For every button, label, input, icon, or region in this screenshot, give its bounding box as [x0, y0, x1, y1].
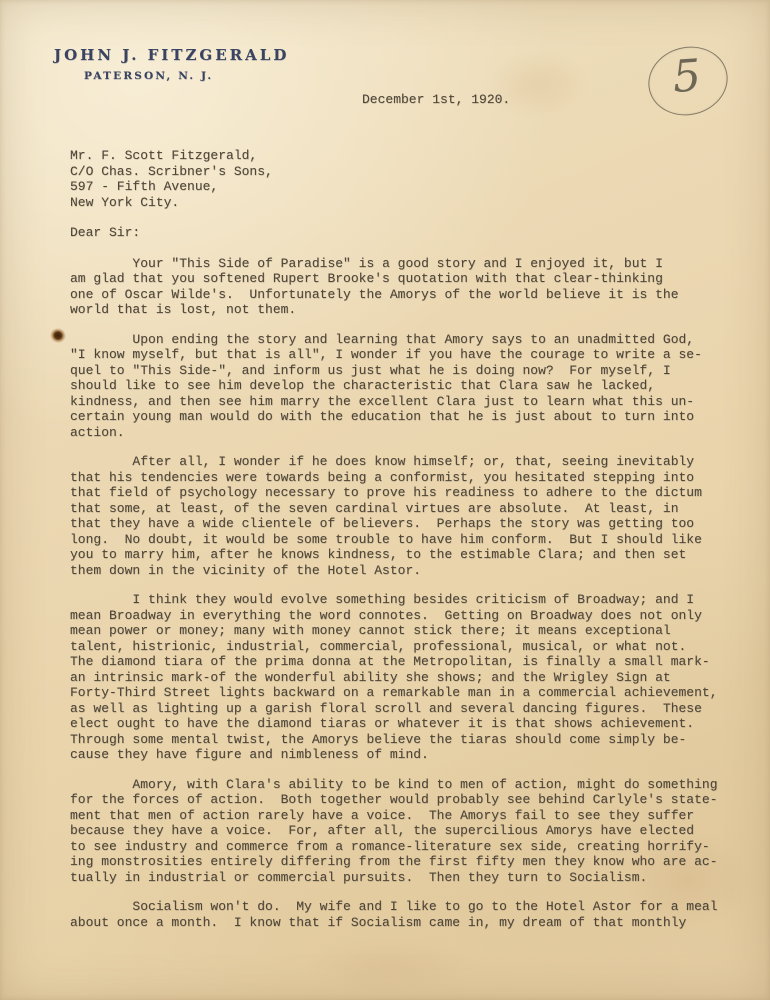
paper-stain: [468, 40, 608, 130]
letterhead: JOHN J. FITZGERALD PATERSON, N. J.: [54, 46, 289, 82]
page-number-pencil-circle: 5: [641, 38, 735, 123]
body-paragraph-1: Your "This Side of Paradise" is a good s…: [70, 256, 754, 318]
letter-page: JOHN J. FITZGERALD PATERSON, N. J. 5 Dec…: [0, 0, 770, 1000]
letter-body: Mr. F. Scott Fitzgerald, C/O Chas. Scrib…: [70, 148, 754, 944]
body-paragraph-2: Upon ending the story and learning that …: [70, 332, 754, 441]
letterhead-city: PATERSON, N. J.: [84, 70, 289, 82]
body-paragraph-6: Socialism won't do. My wife and I like t…: [70, 899, 754, 930]
letterhead-name: JOHN J. FITZGERALD: [54, 46, 289, 64]
date-line: December 1st, 1920.: [362, 92, 510, 108]
recipient-address: Mr. F. Scott Fitzgerald, C/O Chas. Scrib…: [70, 148, 754, 210]
body-paragraph-3: After all, I wonder if he does know hims…: [70, 454, 754, 578]
body-paragraph-5: Amory, with Clara's ability to be kind t…: [70, 777, 754, 886]
ink-blot: [48, 326, 68, 345]
salutation: Dear Sir:: [70, 225, 754, 241]
page-number: 5: [671, 50, 702, 103]
body-paragraph-4: I think they would evolve something besi…: [70, 592, 754, 763]
